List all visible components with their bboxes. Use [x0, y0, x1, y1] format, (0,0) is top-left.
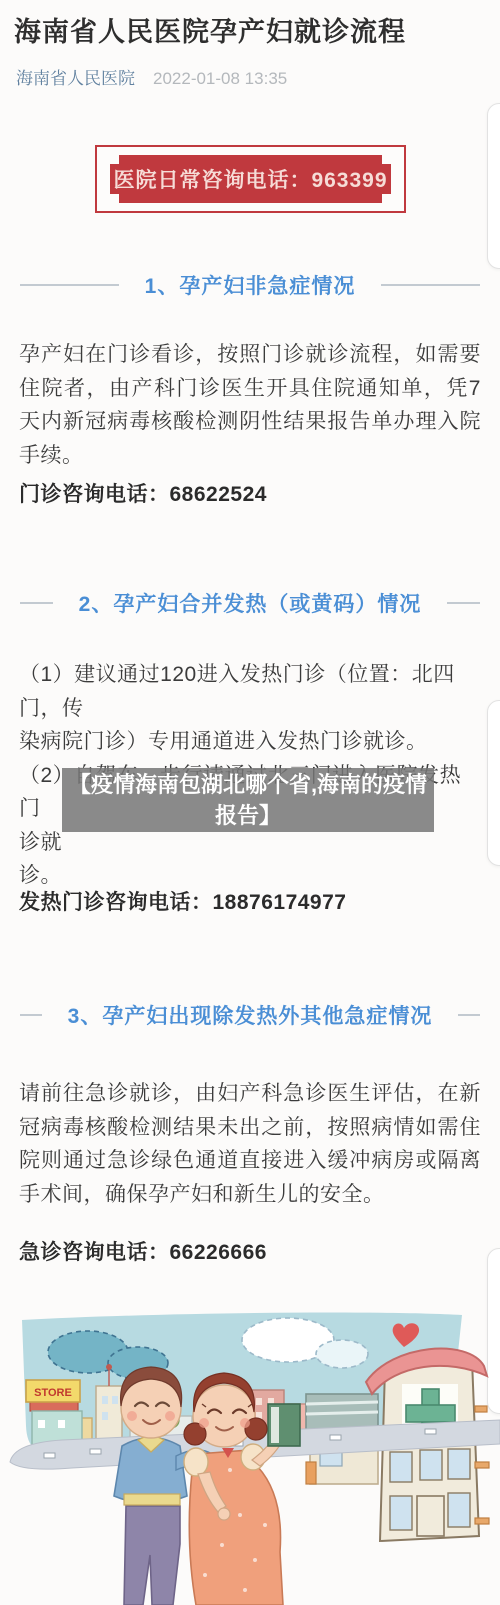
peek-card-1[interactable]	[487, 103, 500, 269]
article-title: 海南省人民医院孕产妇就诊流程	[14, 10, 486, 49]
article-timestamp: 2022-01-08 13:35	[153, 69, 287, 89]
article-source-link[interactable]: 海南省人民医院	[16, 64, 135, 89]
section-heading-2-label: 2、孕产妇合并发热（或黄码）情况	[79, 588, 422, 618]
section-heading-1-label: 1、孕产妇非急症情况	[145, 270, 356, 300]
divider-line-right	[447, 602, 480, 604]
hotline-banner: 医院日常咨询电话：963399	[95, 145, 406, 213]
pregnant-woman-figure	[184, 1373, 300, 1605]
footer-illustration: STORE	[0, 1310, 500, 1605]
section-heading-3: 3、孕产妇出现除发热外其他急症情况	[0, 1000, 500, 1030]
section-heading-3-label: 3、孕产妇出现除发热外其他急症情况	[68, 1000, 433, 1030]
divider-line-left	[20, 284, 119, 286]
section-heading-2: 2、孕产妇合并发热（或黄码）情况	[0, 588, 500, 618]
divider-line-right	[381, 284, 480, 286]
section-heading-1: 1、孕产妇非急症情况	[0, 270, 500, 300]
divider-line-right	[458, 1014, 480, 1016]
hotline-banner-text: 医院日常咨询电话：963399	[113, 164, 387, 194]
section-1-paragraph: 孕产妇在门诊看诊，按照门诊就诊流程，如需要住院者，由产科门诊医生开具住院通知单，…	[19, 338, 481, 472]
pregnant-couple-hospital-cartoon: STORE	[0, 1310, 500, 1605]
section-2-phone-label: 发热门诊咨询电话：18876174977	[19, 886, 481, 916]
store-sign-text: STORE	[34, 1387, 72, 1399]
peek-card-2[interactable]	[487, 700, 500, 866]
section-1-phone-label: 门诊咨询电话：68622524	[19, 478, 481, 508]
divider-line-left	[20, 602, 53, 604]
divider-line-left	[20, 1014, 42, 1016]
section-3-paragraph: 请前往急诊就诊，由妇产科急诊医生评估，在新冠病毒核酸检测结果未出之前，按照病情如…	[19, 1077, 481, 1211]
hotline-banner-plaque: 医院日常咨询电话：963399	[110, 155, 391, 203]
watermark-overlay: 【疫情海南包湖北哪个省,海南的疫情报告】	[62, 768, 434, 832]
byline: 海南省人民医院 2022-01-08 13:35	[16, 64, 486, 89]
section-3-phone-label: 急诊咨询电话：66226666	[19, 1236, 481, 1266]
